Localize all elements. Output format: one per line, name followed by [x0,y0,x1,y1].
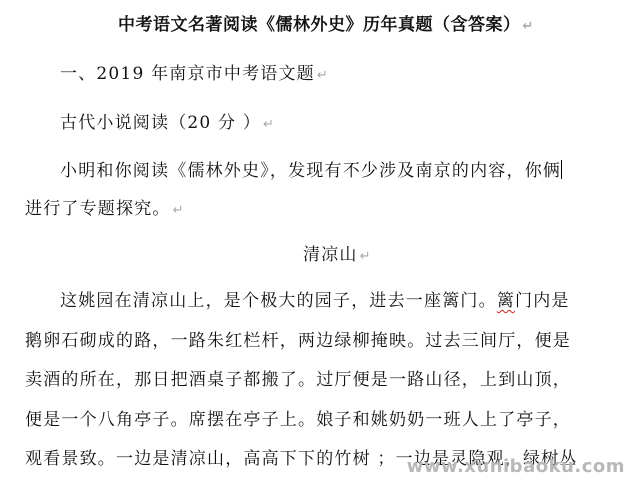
passage-title: 清凉山↵ [303,245,372,267]
text-cursor [561,160,562,179]
document-page[interactable]: 中考语文名著阅读《儒林外史》历年真题（含答案）↵ 一、2019 年南京市中考语文… [0,0,629,479]
paragraph-mark-icon: ↵ [263,117,275,132]
spellcheck-flag: 篱 [497,291,515,311]
intro-paragraph-line-2: 进行了专题探究。↵ [25,199,185,221]
sub-heading-text: 古代小说阅读（20 分 ） [60,113,261,133]
sub-heading: 古代小说阅读（20 分 ）↵ [60,113,275,135]
passage-line: 这姚园在清凉山上，是个极大的园子，进去一座篱门。篱门内是 [60,291,570,311]
section-heading-text: 一、2019 年南京市中考语文题 [60,64,315,84]
intro-text-1: 小明和你阅读《儒林外史》，发现有不少涉及南京的内容，你俩 [60,161,561,181]
paragraph-mark-icon: ↵ [317,68,329,83]
document-title: 中考语文名著阅读《儒林外史》历年真题（含答案）↵ [118,15,534,37]
title-text: 中考语文名著阅读《儒林外史》历年真题（含答案） [118,15,521,35]
passage-line: 鹅卵石砌成的路，一路朱红栏杆，两边绿柳掩映。过去三间厅，便是 [25,331,571,351]
passage-title-text: 清凉山 [303,245,358,265]
passage-text: 篱门 [442,291,478,311]
intro-paragraph-line-1: 小明和你阅读《儒林外史》，发现有不少涉及南京的内容，你俩 [60,160,562,181]
passage-text: 这姚园在清凉山上，是个极大的园子，进去一座 [60,291,442,311]
passage-line: 卖酒的所在，那日把酒桌子都搬了。过厅便是一路山径，上到山顶， [25,370,571,390]
passage-text: 。篱门内是 [479,291,570,311]
passage-line: 便是一个八角亭子。席摆在亭子上。娘子和姚奶奶一班人上了亭子， [25,410,571,430]
watermark: www.xunibaoku.com [407,456,625,477]
paragraph-mark-icon: ↵ [523,19,534,34]
paragraph-mark-icon: ↵ [360,249,372,264]
intro-text-2: 进行了专题探究。 [25,199,171,219]
paragraph-mark-icon: ↵ [173,203,185,218]
section-heading: 一、2019 年南京市中考语文题↵ [60,64,329,86]
